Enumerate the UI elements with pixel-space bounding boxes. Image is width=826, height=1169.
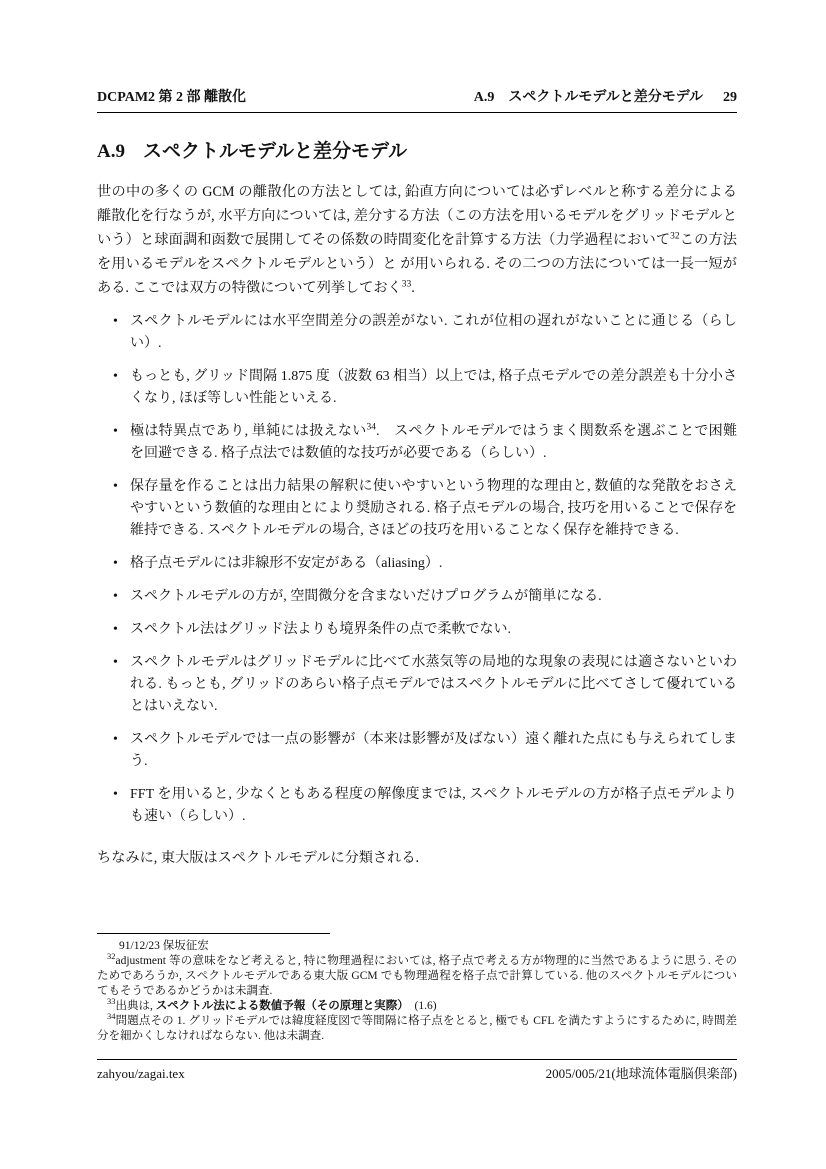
section-number: A.9 [97,141,125,162]
list-item-6: スペクトルモデルの方が, 空間微分を含まないだけプログラムが簡単になる. [130,586,737,608]
header-right-group: A.9 スペクトルモデルと差分モデル29 [474,90,737,106]
footnote-32: 32adjustment 等の意味をなど考えると, 特に物理過程においては, 格… [97,954,737,999]
section-title: スペクトルモデルと差分モデル [143,141,407,162]
footer-row: zahyou/zagai.tex 2005/005/21(地球流体電脳倶楽部) [97,1066,737,1082]
footer-date-credit: 2005/005/21(地球流体電脳倶楽部) [546,1066,737,1082]
closing-paragraph: ちなみに, 東大版はスペクトルモデルに分類される. [97,846,737,870]
footnote-ref-33: 33 [402,279,412,289]
list-item-2: もっとも, グリッド間隔 1.875 度（波数 63 相当）以上では, 格子点モ… [130,366,737,410]
header-left-title: DCPAM2 第 2 部 離散化 [97,90,246,106]
footnote-ref-32: 32 [670,231,680,241]
list-item-9: スペクトルモデルでは一点の影響が（本来は影響が及ばない）遠く離れた点にも与えられ… [130,729,737,773]
section-heading: A.9スペクトルモデルと差分モデル [97,139,737,165]
list-item-1: スペクトルモデルには水平空間差分の誤差がない. これが位相の遅れがないことに通じ… [130,311,737,355]
list-item-3: 極は特異点であり, 単純には扱えない34. スペクトルモデルではうまく関数系を選… [130,421,737,465]
footnote-continuation: 91/12/23 保坂征宏 [97,939,737,954]
feature-list: スペクトルモデルには水平空間差分の誤差がない. これが位相の遅れがないことに通じ… [97,311,737,828]
intro-paragraph: 世の中の多くの GCM の離散化の方法としては, 鉛直方向については必ずレベルと… [97,180,737,300]
footnote-33: 33出典は, スペクトル法による数値予報（その原理と実際） (1.6) [97,999,737,1014]
page-footer: zahyou/zagai.tex 2005/005/21(地球流体電脳倶楽部) [97,1059,737,1082]
footer-file-path: zahyou/zagai.tex [97,1066,185,1082]
list-item-4: 保存量を作ることは出力結果の解釈に使いやすいという物理的な理由と, 数値的な発散… [130,476,737,542]
document-page: DCPAM2 第 2 部 離散化 A.9 スペクトルモデルと差分モデル29 A.… [0,0,826,1169]
footnote-marker-34: 34 [107,1011,116,1021]
header-section-title: A.9 スペクトルモデルと差分モデル [474,90,703,105]
footnotes-block: 91/12/23 保坂征宏32adjustment 等の意味をなど考えると, 特… [97,933,737,1044]
list-item-10: FFT を用いると, 少なくともある程度の解像度までは, スペクトルモデルの方が… [130,784,737,828]
footnote-ref-34: 34 [367,422,377,432]
footnote-marker-33: 33 [107,996,116,1006]
header-page-number: 29 [723,90,737,105]
footer-rule [97,1059,737,1060]
list-item-5: 格子点モデルには非線形不安定がある（aliasing）. [130,553,737,575]
list-item-7: スペクトル法はグリッド法よりも境界条件の点で柔軟でない. [130,619,737,641]
bold-citation-title: スペクトル法による数値予報（その原理と実際） [156,1000,403,1012]
footnote-marker-32: 32 [107,951,116,961]
page-header: DCPAM2 第 2 部 離散化 A.9 スペクトルモデルと差分モデル29 [97,90,737,113]
footnote-rule [97,933,330,934]
footnote-34: 34問題点その 1. グリッドモデルでは緯度経度図で等間隔に格子点をとると, 極… [97,1014,737,1044]
list-item-8: スペクトルモデルはグリッドモデルに比べて水蒸気等の局地的な現象の表現には適さない… [130,652,737,718]
